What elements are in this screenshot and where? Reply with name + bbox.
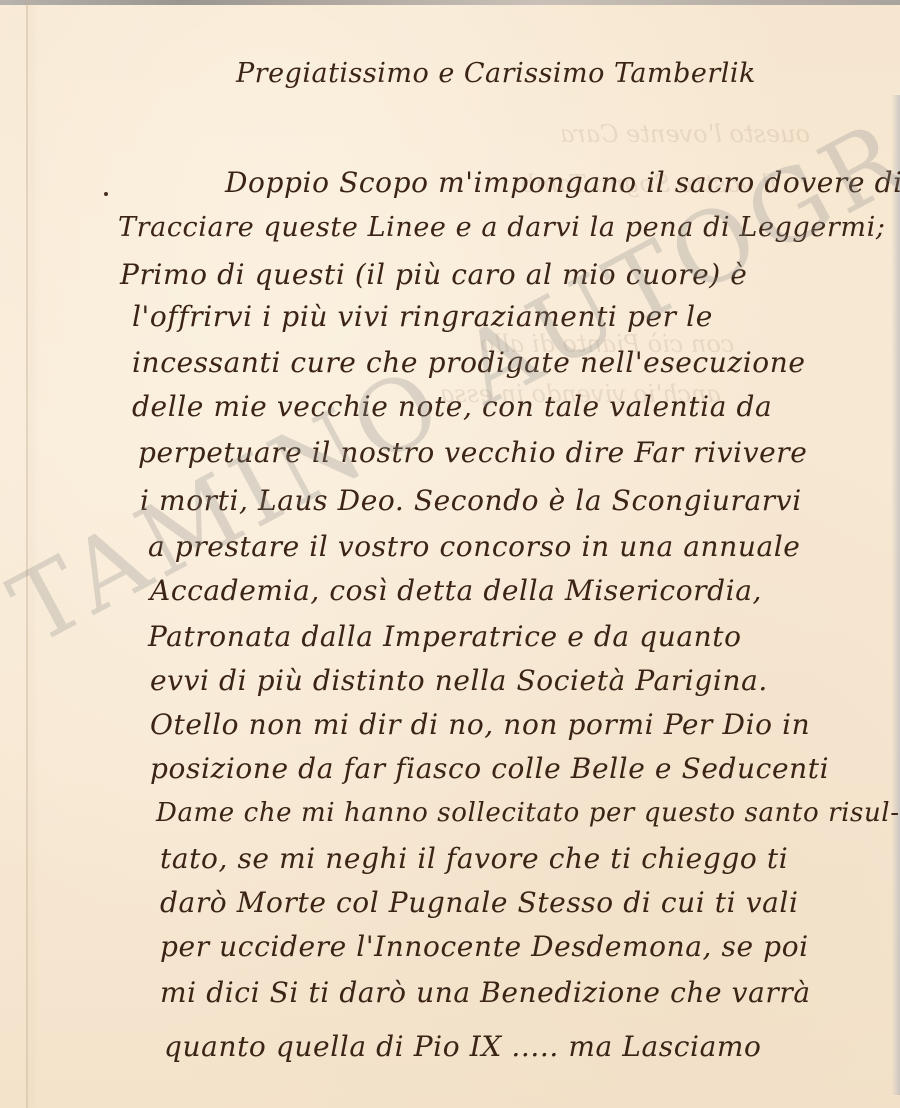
- salutation: Pregiatissimo e Carissimo Tamberlik: [236, 58, 756, 89]
- letter-line: l'offrirvi i più vivi ringraziamenti per…: [132, 300, 713, 333]
- letter-line: a prestare il vostro concorso in una ann…: [148, 530, 800, 563]
- letter-line: delle mie vecchie note, con tale valenti…: [132, 390, 772, 423]
- letter-line: mi dici Si ti darò una Benedizione che v…: [160, 976, 811, 1009]
- letter-line: Primo di questi (il più caro al mio cuor…: [120, 258, 747, 291]
- letter-line: Accademia, così detta della Misericordia…: [150, 574, 762, 607]
- letter-line: Tracciare queste Linee e a darvi la pena…: [118, 212, 886, 243]
- letter-line: i morti, Laus Deo. Secondo è la Scongiur…: [140, 484, 802, 517]
- margin-dot: [104, 192, 108, 196]
- letter-line: tato, se mi neghi il favore che ti chieg…: [160, 842, 788, 875]
- letter-line: Dame che mi hanno sollecitato per questo…: [156, 798, 900, 828]
- letter-body: Pregiatissimo e Carissimo Tamberlik Dopp…: [0, 0, 900, 1108]
- letter-line: evvi di più distinto nella Società Parig…: [150, 664, 768, 697]
- letter-line: darò Morte col Pugnale Stesso di cui ti …: [160, 886, 799, 919]
- letter-line: per uccidere l'Innocente Desdemona, se p…: [160, 930, 809, 963]
- letter-line: Patronata dalla Imperatrice e da quanto: [148, 620, 742, 653]
- letter-line: quanto quella di Pio IX ..... ma Lasciam…: [164, 1030, 762, 1063]
- letter-page: ouesto l'ovente Cara il vostro Sogno Tam…: [0, 0, 900, 1108]
- letter-line: Otello non mi dir di no, non pormi Per D…: [150, 708, 810, 741]
- letter-line: incessanti cure che prodigate nell'esecu…: [132, 346, 806, 379]
- letter-line: Doppio Scopo m'impongano il sacro dovere…: [225, 166, 900, 199]
- letter-line: posizione da far fiasco colle Belle e Se…: [150, 752, 829, 785]
- letter-line: perpetuare il nostro vecchio dire Far ri…: [138, 436, 807, 469]
